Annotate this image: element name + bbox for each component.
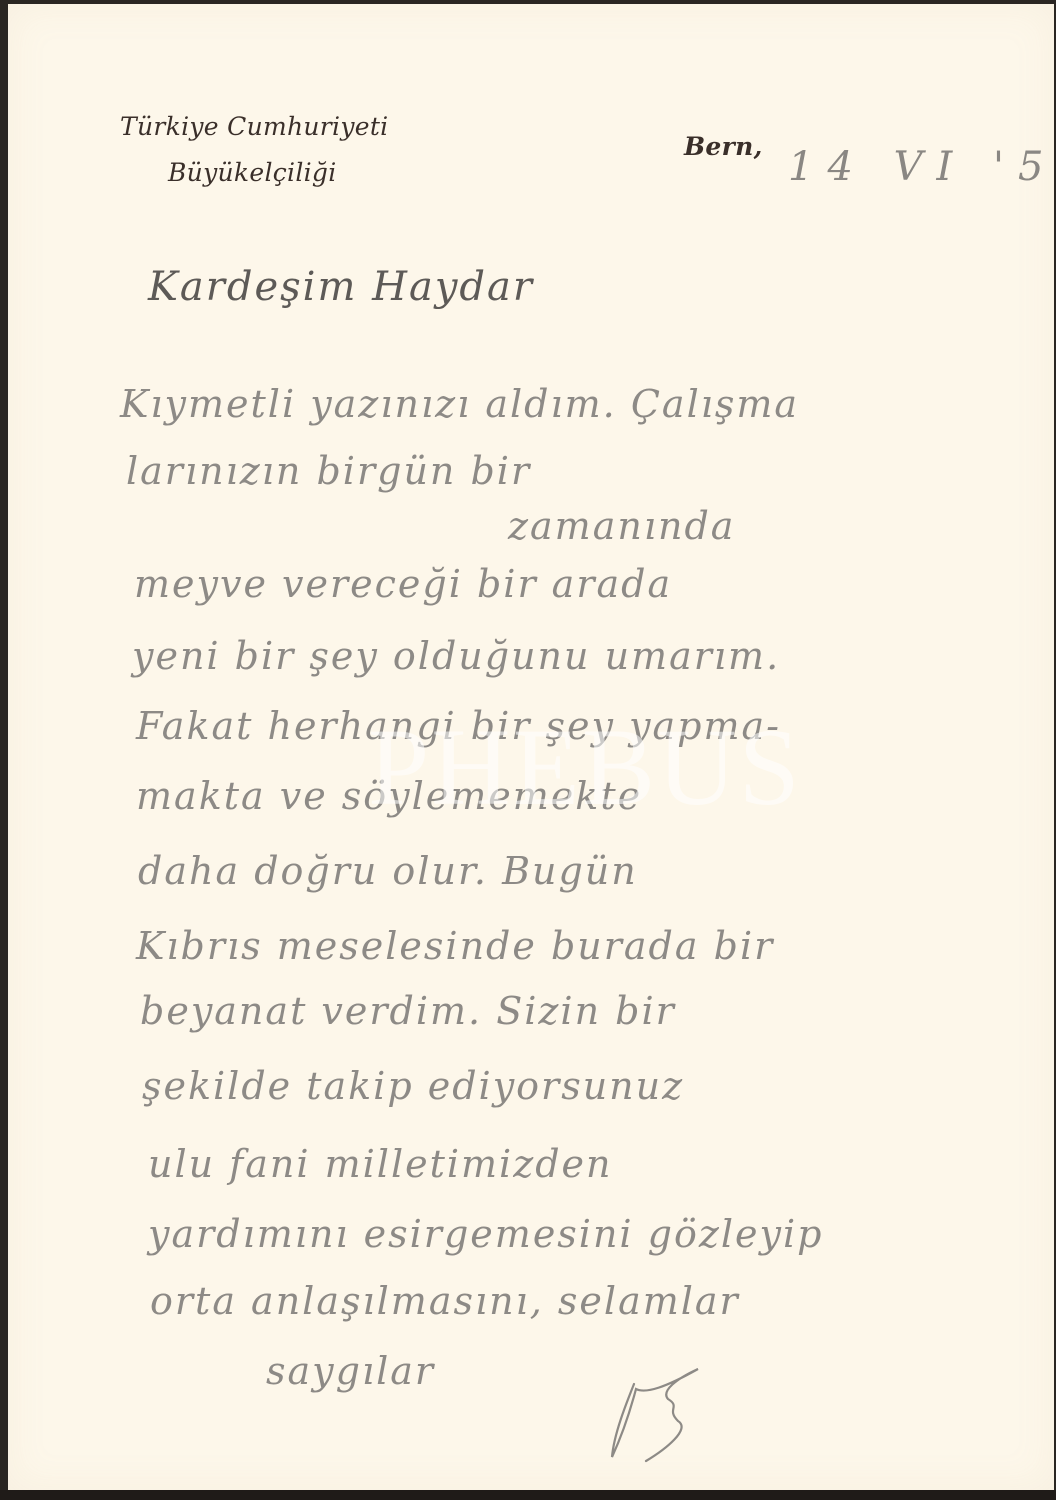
salutation: Kardeşim Haydar	[148, 264, 534, 310]
body-line: Fakat herhangi bir şey yapma-	[136, 704, 781, 748]
body-line: Kıbrıs meselesinde burada bir	[136, 924, 774, 968]
body-line: larınızın birgün bir	[126, 449, 531, 493]
body-line: ulu fani milletimizden	[148, 1142, 613, 1186]
body-line: beyanat verdim. Sizin bir	[140, 989, 676, 1033]
body-line: Kıymetli yazınızı aldım. Çalışma	[120, 382, 799, 426]
signature-icon	[606, 1349, 716, 1464]
letterhead-country: Türkiye Cumhuriyeti	[120, 112, 388, 141]
body-line: şekilde takip ediyorsunuz	[142, 1064, 684, 1108]
body-line: yardımını esirgemesini gözleyip	[148, 1212, 823, 1256]
body-line: orta anlaşılmasını, selamlar	[150, 1279, 740, 1323]
body-line: yeni bir şey olduğunu umarım.	[132, 634, 780, 678]
letterhead-place: Bern,	[684, 132, 763, 161]
closing: saygılar	[266, 1349, 435, 1393]
scan-border	[0, 1490, 1056, 1500]
body-line: makta ve söylememekte	[136, 774, 642, 818]
body-line: daha doğru olur. Bugün	[138, 849, 638, 893]
letterhead-embassy: Büyükelçiliği	[168, 158, 337, 187]
body-line: meyve vereceği bir arada	[134, 562, 672, 606]
body-line: zamanında	[508, 504, 735, 548]
handwritten-date: 14 VI '56	[788, 144, 1056, 190]
letter-page: Türkiye Cumhuriyeti Büyükelçiliği Bern, …	[8, 4, 1054, 1490]
